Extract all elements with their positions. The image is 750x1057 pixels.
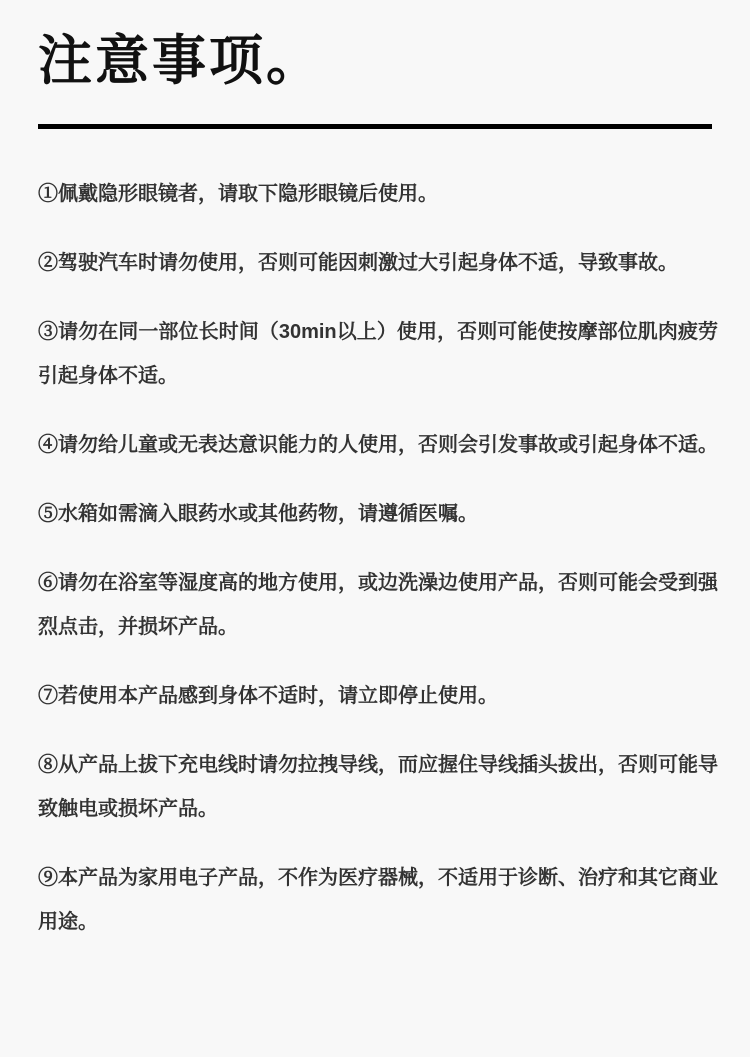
notice-item-7: ⑦若使用本产品感到身体不适时，请立即停止使用。 <box>38 674 718 718</box>
notice-item-3: ③请勿在同一部位长时间（30min以上）使用，否则可能使按摩部位肌肉疲劳引起身体… <box>38 310 718 398</box>
notice-item-6: ⑥请勿在浴室等湿度高的地方使用，或边洗澡边使用产品，否则可能会受到强烈点击，并损… <box>38 561 718 649</box>
notice-item-5: ⑤水箱如需滴入眼药水或其他药物，请遵循医嘱。 <box>38 492 718 536</box>
notice-item-1: ①佩戴隐形眼镜者，请取下隐形眼镜后使用。 <box>38 172 718 216</box>
notice-item-9: ⑨本产品为家用电子产品，不作为医疗器械，不适用于诊断、治疗和其它商业用途。 <box>38 856 718 944</box>
notice-item-2: ②驾驶汽车时请勿使用，否则可能因刺激过大引起身体不适，导致事故。 <box>38 241 718 285</box>
page-title: 注意事项。 <box>38 30 712 92</box>
notice-list: ①佩戴隐形眼镜者，请取下隐形眼镜后使用。 ②驾驶汽车时请勿使用，否则可能因刺激过… <box>38 172 718 944</box>
title-divider <box>38 124 712 129</box>
precautions-page: 注意事项。 ①佩戴隐形眼镜者，请取下隐形眼镜后使用。 ②驾驶汽车时请勿使用，否则… <box>0 0 750 1057</box>
notice-item-4: ④请勿给儿童或无表达意识能力的人使用，否则会引发事故或引起身体不适。 <box>38 423 718 467</box>
notice-item-8: ⑧从产品上拔下充电线时请勿拉拽导线，而应握住导线插头拔出，否则可能导致触电或损坏… <box>38 743 718 831</box>
